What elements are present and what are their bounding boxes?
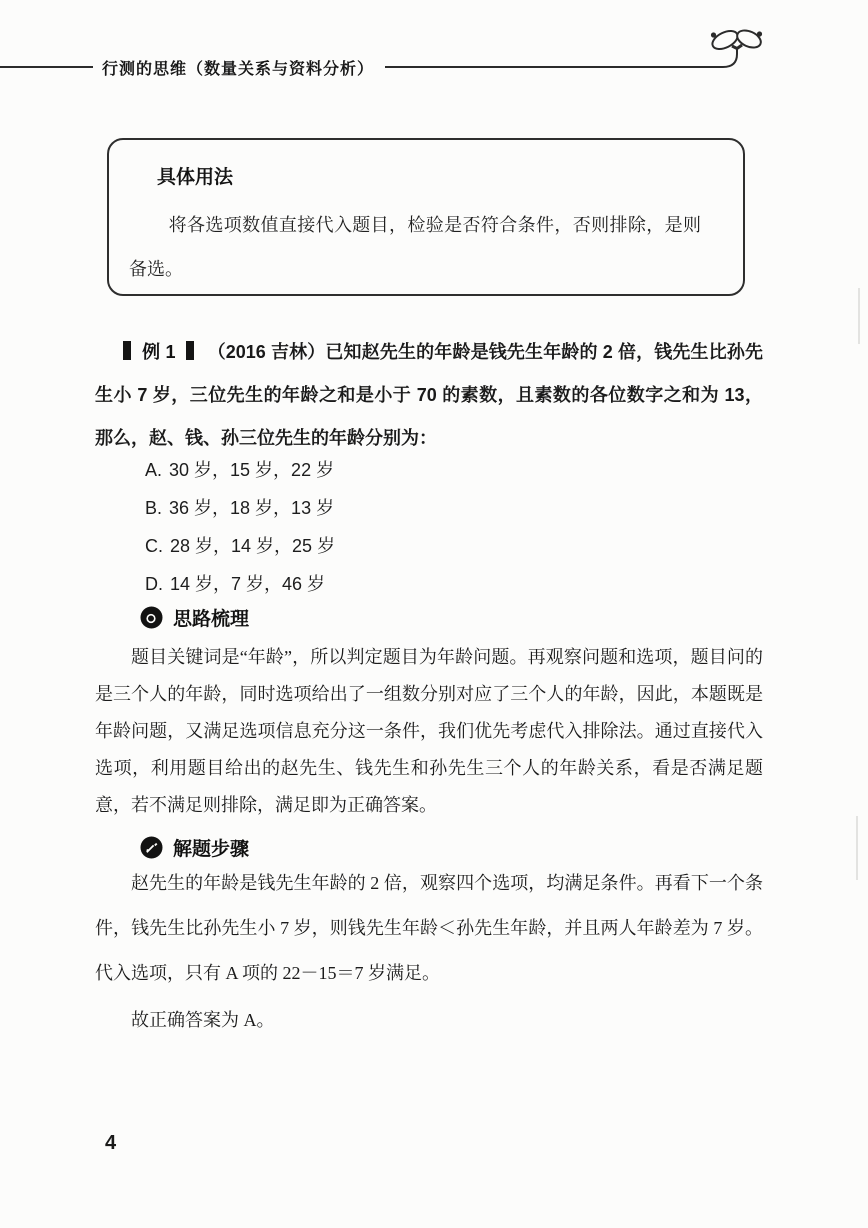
section-heading-steps: 解题步骤: [140, 834, 249, 861]
option-list: A.30 岁，15 岁，22 岁 B.36 岁，18 岁，13 岁 C.28 岁…: [145, 451, 335, 603]
scan-artifact: [858, 288, 860, 344]
option-row-a: A.30 岁，15 岁，22 岁: [145, 451, 335, 489]
usage-box-body: 将各选项数值直接代入题目，检验是否符合条件，否则排除，是则备选。: [129, 203, 701, 291]
option-text: 14 岁，7 岁，46 岁: [170, 574, 325, 594]
sprout-icon: [385, 28, 763, 72]
page-title: 行测的思维（数量关系与资料分析）: [102, 56, 374, 79]
section-heading-label: 思路梳理: [173, 604, 249, 631]
book-page: 行测的思维（数量关系与资料分析） 具体用法 将各选项数值直接代入题目，检验是否符…: [0, 0, 868, 1228]
analysis-paragraph: 题目关键词是“年龄”，所以判定题目为年龄问题。再观察问题和选项，题目问的是三个人…: [95, 639, 763, 824]
example-question-text: （2016 吉林）已知赵先生的年龄是钱先生年龄的 2 倍，钱先生比孙先生小 7 …: [95, 342, 763, 448]
example-question: 例 1（2016 吉林）已知赵先生的年龄是钱先生年龄的 2 倍，钱先生比孙先生小…: [95, 331, 763, 460]
option-text: 30 岁，15 岁，22 岁: [169, 460, 334, 480]
conclusion-paragraph: 故正确答案为 A。: [95, 998, 763, 1043]
scan-artifact: [856, 816, 858, 880]
option-text: 28 岁，14 岁，25 岁: [170, 536, 335, 556]
page-number: 4: [105, 1132, 116, 1155]
usage-box: 具体用法 将各选项数值直接代入题目，检验是否符合条件，否则排除，是则备选。: [107, 138, 745, 296]
example-label: 例 1: [142, 342, 175, 362]
example-marker-bar: [186, 341, 194, 360]
steps-paragraph: 赵先生的年龄是钱先生年龄的 2 倍，观察四个选项，均满足条件。再看下一个条件，钱…: [95, 861, 763, 996]
header-rule-left: [0, 66, 93, 68]
option-label: A.: [145, 460, 162, 480]
option-text: 36 岁，18 岁，13 岁: [169, 498, 334, 518]
section-heading-label: 解题步骤: [173, 834, 249, 861]
ring-target-icon: [140, 606, 163, 629]
option-row-c: C.28 岁，14 岁，25 岁: [145, 527, 335, 565]
option-row-d: D.14 岁，7 岁，46 岁: [145, 565, 335, 603]
option-row-b: B.36 岁，18 岁，13 岁: [145, 489, 335, 527]
section-heading-analysis: 思路梳理: [140, 604, 249, 631]
option-label: D.: [145, 574, 163, 594]
pen-icon: [140, 836, 163, 859]
usage-box-title: 具体用法: [157, 162, 743, 189]
example-marker-bar: [123, 341, 131, 360]
option-label: C.: [145, 536, 163, 556]
option-label: B.: [145, 498, 162, 518]
